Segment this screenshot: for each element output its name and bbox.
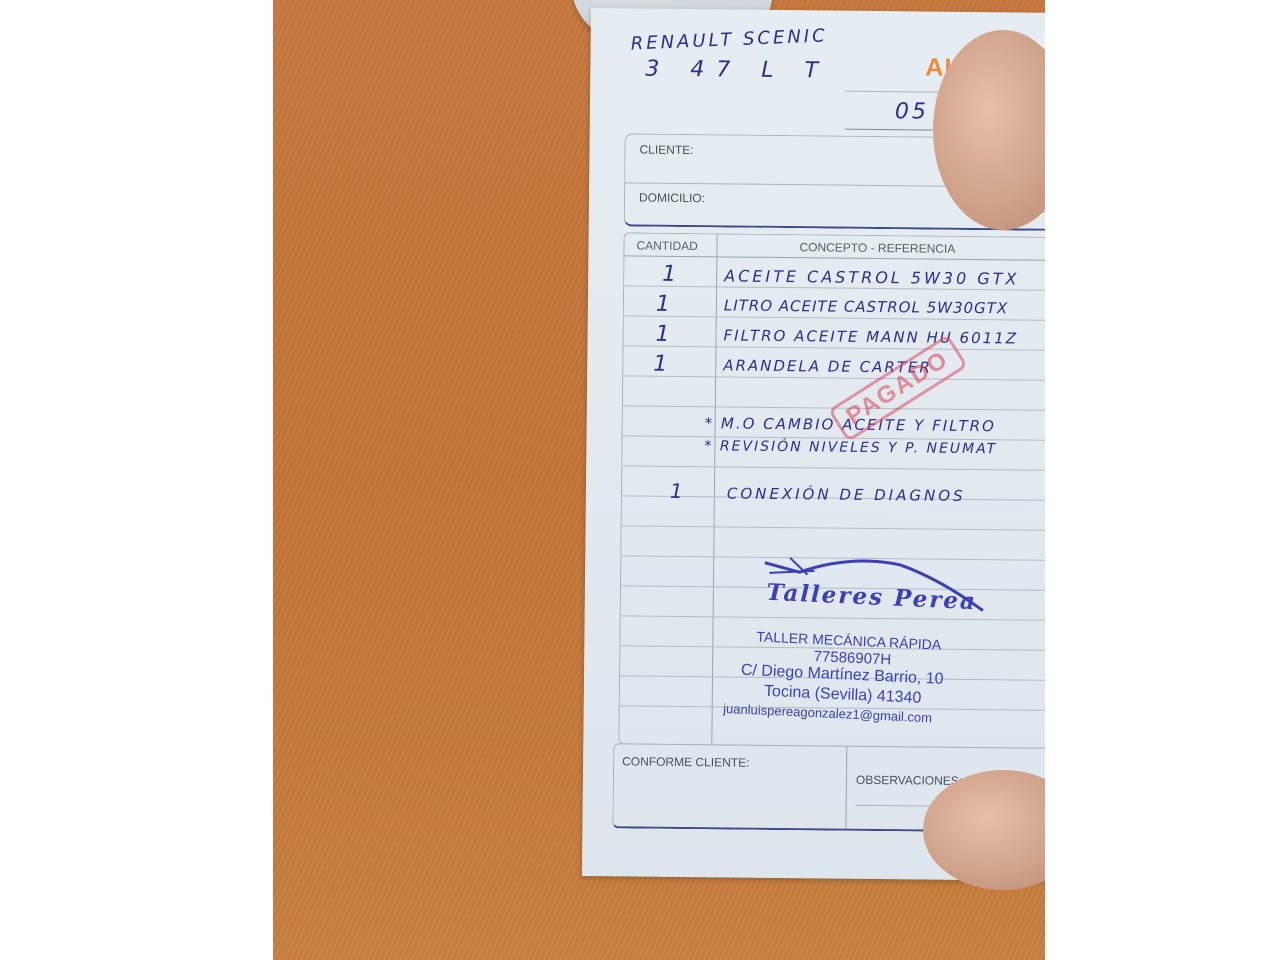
row-cantidad: 1: [653, 352, 670, 377]
row-cantidad: 1: [662, 262, 679, 287]
row-cantidad: 1: [655, 322, 672, 347]
header-concepto: CONCEPTO - REFERENCIA: [799, 240, 955, 256]
vehicle-model: RENAULT SCENIC: [630, 25, 828, 54]
row-cantidad: 1: [656, 292, 673, 317]
column-divider: [845, 747, 847, 829]
conforme-label: CONFORME CLIENTE:: [622, 754, 749, 769]
cliente-label: CLIENTE:: [639, 143, 693, 158]
row-cantidad: 1: [670, 479, 686, 503]
table-header: CANTIDAD CONCEPTO - REFERENCIA PRECIO IM…: [624, 233, 1045, 262]
observaciones-label: OBSERVACIONES:: [856, 773, 962, 788]
domicilio-label: DOMICILIO:: [639, 191, 705, 206]
row-line: [622, 465, 1045, 472]
license-plate: 3 47 L T: [645, 57, 830, 84]
header-cantidad: CANTIDAD: [636, 238, 697, 253]
row-concepto: LITRO ACEITE CASTROL 5W30GTX: [724, 296, 1008, 317]
row-line: [623, 375, 1045, 382]
row-concepto: FILTRO ACEITE MANN HU 6011Z: [723, 326, 1018, 347]
row-concepto: * REVISIÓN NIVELES Y P. NEUMAT: [704, 438, 997, 457]
photo-background: RENAULT SCENIC 3 47 L T ALBARÁN Nº 37 05…: [273, 0, 1045, 960]
row-concepto: ACEITE CASTROL 5W30 GTX: [724, 266, 1019, 288]
date-day: 05: [895, 99, 929, 124]
row-concepto: CONEXIÓN DE DIAGNOS: [727, 484, 966, 504]
column-divider: [711, 234, 717, 744]
row-line: [622, 525, 1045, 532]
